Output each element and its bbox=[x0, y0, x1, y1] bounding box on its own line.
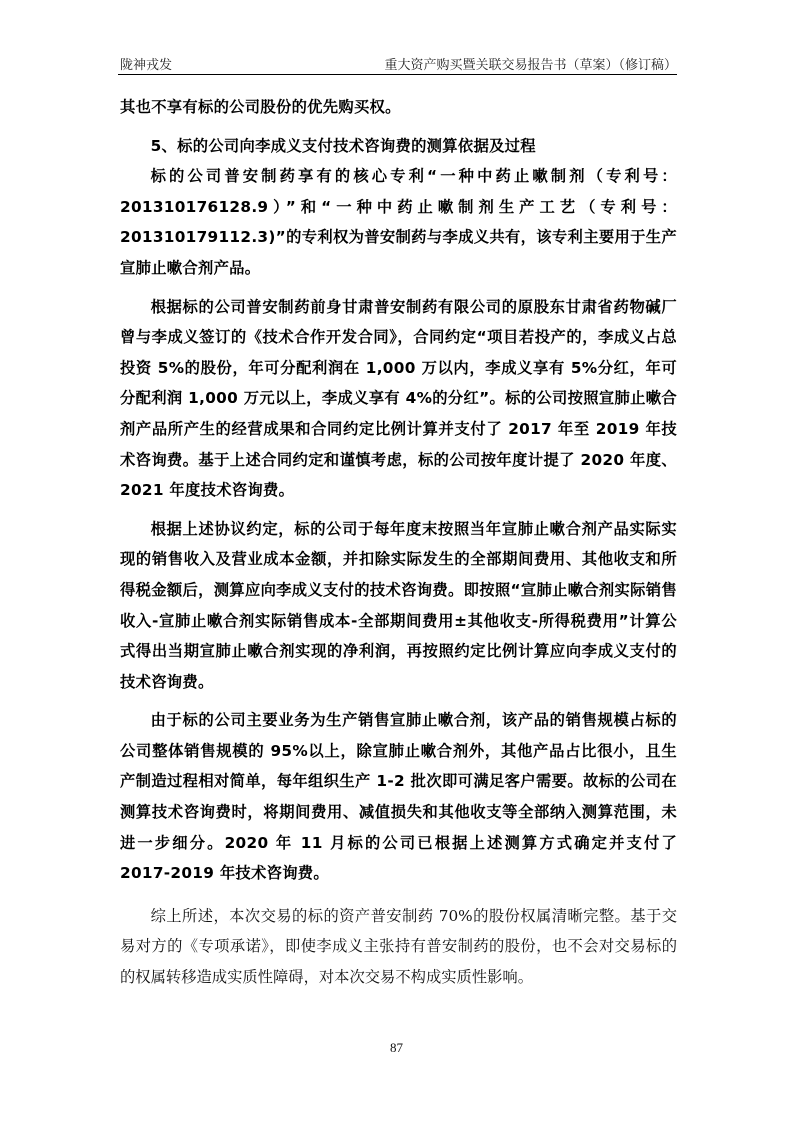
conclusion-paragraph: 综上所述，本次交易的标的资产普安制药 70%的股份权属清晰完整。基于交易对方的《… bbox=[120, 901, 677, 993]
page-number: 87 bbox=[0, 1040, 793, 1056]
page-header: 陇神戎发 重大资产购买暨关联交易报告书（草案）（修订稿） bbox=[118, 54, 677, 75]
section-heading: 5、标的公司向李成义支付技术咨询费的测算依据及过程 bbox=[120, 131, 677, 162]
page-body: 其也不享有标的公司股份的优先购买权。 5、标的公司向李成义支付技术咨询费的测算依… bbox=[120, 92, 677, 993]
body-paragraph-1: 标的公司普安制药享有的核心专利“一种中药止嗽制剂（专利号：20131017612… bbox=[120, 161, 677, 283]
body-paragraph-4: 由于标的公司主要业务为生产销售宣肺止嗽合剂，该产品的销售规模占标的公司整体销售规… bbox=[120, 705, 677, 889]
body-paragraph-2: 根据标的公司普安制药前身甘肃普安制药有限公司的原股东甘肃省药物碱厂曾与李成义签订… bbox=[120, 292, 677, 506]
continuation-text: 其也不享有标的公司股份的优先购买权。 bbox=[120, 92, 677, 123]
header-company-name: 陇神戎发 bbox=[120, 54, 172, 73]
document-page: 陇神戎发 重大资产购买暨关联交易报告书（草案）（修订稿） 其也不享有标的公司股份… bbox=[0, 0, 793, 1122]
body-paragraph-3: 根据上述协议约定，标的公司于每年度末按照当年宣肺止嗽合剂产品实际实现的销售收入及… bbox=[120, 514, 677, 698]
header-document-title: 重大资产购买暨关联交易报告书（草案）（修订稿） bbox=[384, 54, 677, 73]
